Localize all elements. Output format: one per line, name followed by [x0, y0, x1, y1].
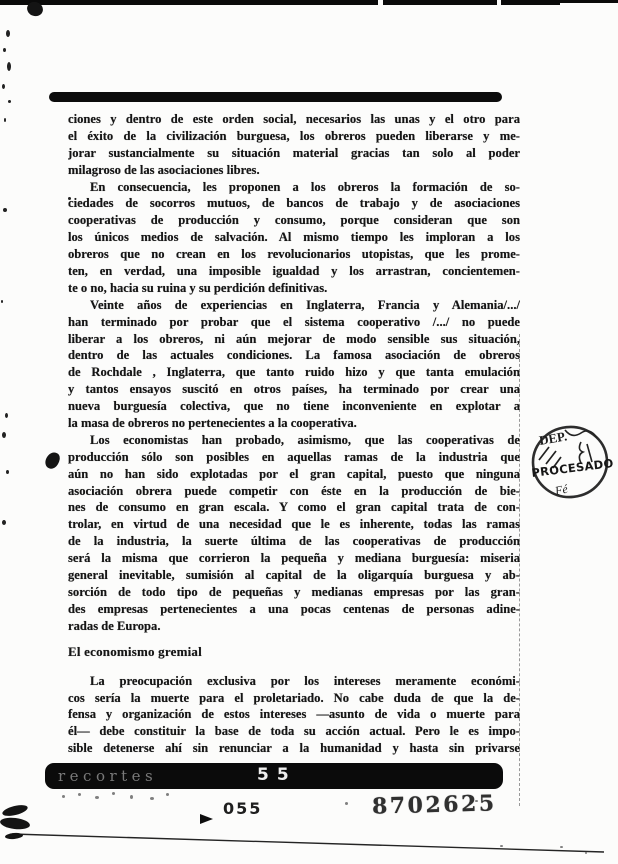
pencil-speck	[585, 852, 587, 854]
ink-speck	[2, 520, 6, 525]
ink-speck	[5, 413, 8, 418]
pencil-speck	[560, 846, 563, 848]
text-line: él— debe constituir la base de toda su a…	[68, 723, 520, 740]
footer-bar: recortes 55	[45, 763, 503, 789]
text-line: ciedades de socorros mutuos, de bancos d…	[68, 195, 520, 212]
stamp-text-top: DEP.	[538, 428, 568, 448]
text-line: producción sólo son posibles en aquellas…	[68, 449, 520, 466]
pencil-speck	[112, 792, 115, 795]
pencil-speck	[475, 800, 478, 802]
border-gap	[497, 0, 501, 5]
section-heading: El economismo gremial	[68, 644, 520, 661]
body-text: ciones y dentro de este orden social, ne…	[68, 111, 520, 757]
text-line: ten, en verdad, una imposible igualdad y…	[68, 263, 520, 280]
ink-speck	[6, 30, 10, 37]
text-line: nes de consumo en gran escala. Y como el…	[68, 499, 520, 516]
paragraph: ciones y dentro de este orden social, ne…	[68, 111, 520, 179]
stamped-number-small: 055	[223, 799, 262, 818]
ink-speck	[68, 197, 71, 200]
scan-scratch-diagonal	[0, 825, 618, 864]
stamp-icon: DEP. PROCESADO Fé	[527, 414, 613, 510]
pencil-speck	[95, 796, 99, 799]
ink-speck	[3, 208, 7, 212]
border-gap	[560, 3, 618, 6]
text-line: Veinte años de experiencias en Inglaterr…	[68, 297, 520, 314]
ink-speck	[3, 48, 6, 52]
section-rule	[49, 92, 502, 102]
pencil-speck	[166, 793, 169, 796]
procesado-stamp: DEP. PROCESADO Fé	[527, 414, 613, 510]
ink-speck	[2, 432, 6, 438]
text-line: obreros que no crean en los revolucionar…	[68, 246, 520, 263]
pencil-speck	[500, 845, 503, 847]
scan-top-border	[0, 0, 618, 5]
triangle-marker-icon	[200, 814, 213, 824]
paragraph: Los economistas han probado, asimismo, q…	[68, 432, 520, 635]
text-line: dentro de las actuales condiciones. La f…	[68, 347, 520, 364]
text-line: general inevitable, sumisión al capital …	[68, 567, 520, 584]
ink-speck	[7, 62, 11, 71]
text-line: asociación obrera puede competir con ést…	[68, 483, 520, 500]
ink-speck	[6, 470, 9, 474]
text-line: han terminado por probar que el sistema …	[68, 314, 520, 331]
pencil-speck	[130, 795, 133, 799]
ink-speck	[1, 300, 3, 303]
text-line: ciones y dentro de este orden social, ne…	[68, 111, 520, 128]
text-line: será la misma que corrieron la pequeña y…	[68, 550, 520, 567]
scan-scratch-vertical	[519, 334, 520, 806]
text-line: los únicos medios de salvación. Al mismo…	[68, 229, 520, 246]
text-line: sorción de todo tipo de pequeñas y media…	[68, 584, 520, 601]
text-line: sible detenerse ahí sin renunciar a la h…	[68, 740, 520, 757]
text-line: En consecuencia, les proponen a los obre…	[68, 179, 520, 196]
paragraph: Veinte años de experiencias en Inglaterr…	[68, 297, 520, 432]
text-line: cos sería la muerte para el proletariado…	[68, 690, 520, 707]
text-line: el éxito de la civilización burguesa, lo…	[68, 128, 520, 145]
paragraph: En consecuencia, les proponen a los obre…	[68, 179, 520, 297]
paragraph: La preocupación exclusiva por los intere…	[68, 673, 520, 757]
text-line: jorar sustancialmente su situación mater…	[68, 145, 520, 162]
stamped-number-large: 8702625	[372, 790, 497, 819]
text-line: de Rochdale , Inglaterra, que tanto ruid…	[68, 364, 520, 381]
text-line: te o no, hacia su ruina y su perdición d…	[68, 280, 520, 297]
footer-bar-label: recortes	[58, 767, 157, 785]
text-line: radas de Europa.	[68, 618, 520, 635]
ink-speck	[8, 100, 11, 103]
ink-speck	[4, 118, 6, 122]
text-line: de la industria, la suerte última de las…	[68, 533, 520, 550]
pencil-speck	[62, 795, 65, 798]
text-line: trolar, en virtud de una necesidad que l…	[68, 516, 520, 533]
text-line: aún no han sido explotadas por el gran c…	[68, 466, 520, 483]
text-line: milagroso de las asociaciones libres.	[68, 162, 520, 179]
text-line: la masa de obreros no pertenecientes a l…	[68, 415, 520, 432]
footer-page-number: 55	[257, 765, 297, 785]
stamp-text-bottom: Fé	[553, 481, 570, 498]
text-line: y tantos ensayos suscitó en otros países…	[68, 381, 520, 398]
border-gap	[378, 0, 383, 5]
pencil-speck	[150, 797, 154, 800]
ink-blob	[43, 450, 62, 471]
text-line: Los economistas han probado, asimismo, q…	[68, 432, 520, 449]
text-line: fensa y organización de estos intereses …	[68, 706, 520, 723]
text-line: nueva burguesía colectiva, que no tiene …	[68, 398, 520, 415]
scanned-document-page: ciones y dentro de este orden social, ne…	[0, 0, 618, 864]
text-line: liberar a los obreros, ni aún mejorar de…	[68, 331, 520, 348]
stamp-text-middle: PROCESADO	[531, 456, 613, 480]
pencil-speck	[345, 802, 348, 805]
ink-blob	[1, 803, 28, 818]
text-line: cooperativas de producción y consumo, po…	[68, 212, 520, 229]
pencil-speck	[78, 793, 81, 796]
text-line: des empresas pertenecientes a una pocas …	[68, 601, 520, 618]
ink-speck	[2, 84, 5, 89]
text-line: La preocupación exclusiva por los intere…	[68, 673, 520, 690]
